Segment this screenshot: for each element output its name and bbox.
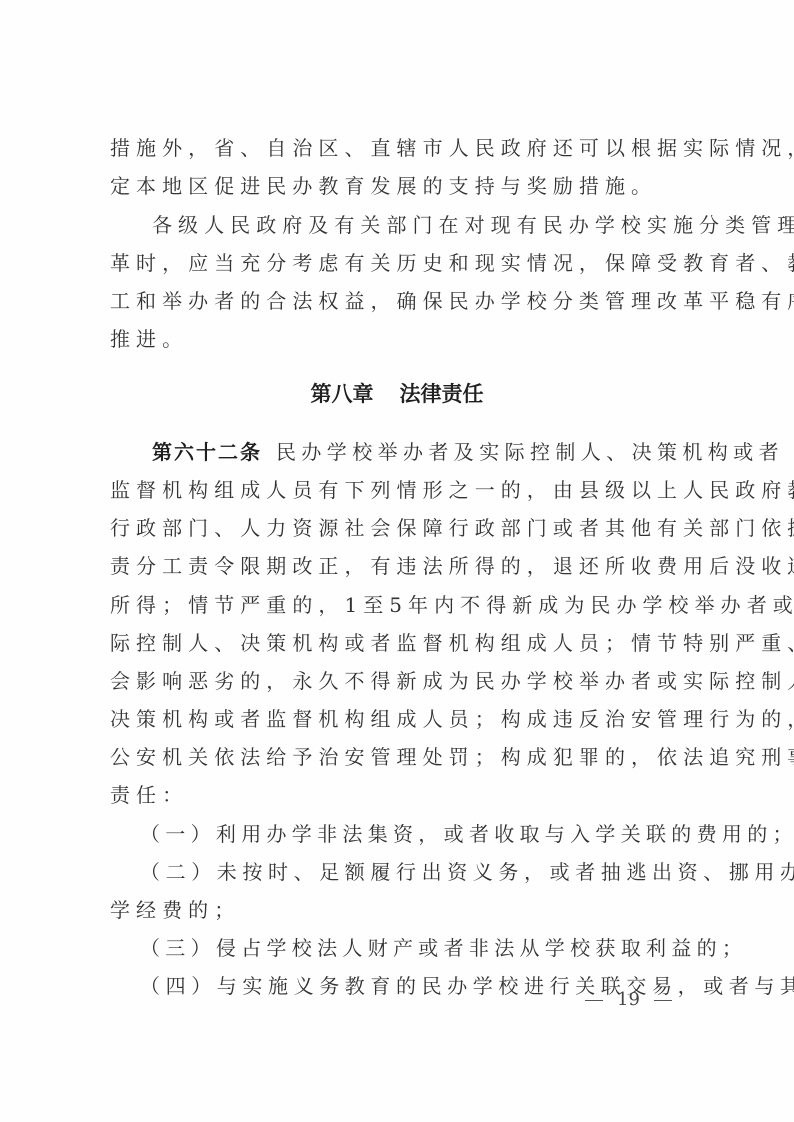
body-text-line: 措施外，省、自治区、直辖市人民政府还可以根据实际情况，制	[110, 129, 685, 167]
list-item-2-continuation: 学经费的；	[110, 891, 685, 929]
body-text-line: 工和举办者的合法权益，确保民办学校分类管理改革平稳有序	[110, 282, 685, 320]
page-number-value: 19	[617, 989, 640, 1010]
list-item-2: （二）未按时、足额履行出资义务，或者抽逃出资、挪用办	[140, 853, 685, 891]
body-text-line: 际控制人、决策机构或者监督机构组成人员；情节特别严重、社	[110, 624, 685, 662]
list-item-1: （一）利用办学非法集资，或者收取与入学关联的费用的；	[140, 815, 685, 853]
article-text: 民办学校举办者及实际控制人、决策机构或者	[276, 440, 784, 464]
body-text-line: 会影响恶劣的，永久不得新成为民办学校举办者或实际控制人、	[110, 662, 685, 700]
body-text-line: 所得；情节严重的，1至5年内不得新成为民办学校举办者或实	[110, 586, 685, 624]
body-text-line: 各级人民政府及有关部门在对现有民办学校实施分类管理改	[152, 206, 685, 244]
page-number: 19	[585, 985, 672, 1015]
body-text-line: 定本地区促进民办教育发展的支持与奖励措施。	[110, 167, 685, 205]
body-text-line: 决策机构或者监督机构组成人员；构成违反治安管理行为的，由	[110, 700, 685, 738]
body-text-line: 监督机构组成人员有下列情形之一的，由县级以上人民政府教育	[110, 471, 685, 509]
body-text-line: 责任：	[110, 776, 685, 814]
chapter-heading: 第八章法律责任	[0, 375, 794, 413]
document-page: 措施外，省、自治区、直辖市人民政府还可以根据实际情况，制 定本地区促进民办教育发…	[0, 0, 794, 1122]
chapter-number: 第八章	[311, 382, 374, 406]
dash-left	[585, 1000, 603, 1001]
chapter-title: 法律责任	[400, 382, 484, 406]
body-text-line: 责分工责令限期改正，有违法所得的，退还所收费用后没收违法	[110, 547, 685, 585]
body-text-line: 革时，应当充分考虑有关历史和现实情况，保障受教育者、教职	[110, 244, 685, 282]
dash-right	[654, 1000, 672, 1001]
article-first-line: 第六十二条民办学校举办者及实际控制人、决策机构或者	[152, 433, 685, 471]
article-number: 第六十二条	[152, 440, 262, 464]
list-item-3: （三）侵占学校法人财产或者非法从学校获取利益的；	[140, 929, 685, 967]
body-text-line: 推进。	[110, 320, 685, 358]
body-text-line: 公安机关依法给予治安管理处罚；构成犯罪的，依法追究刑事	[110, 738, 685, 776]
body-text-line: 行政部门、人力资源社会保障行政部门或者其他有关部门依据职	[110, 509, 685, 547]
